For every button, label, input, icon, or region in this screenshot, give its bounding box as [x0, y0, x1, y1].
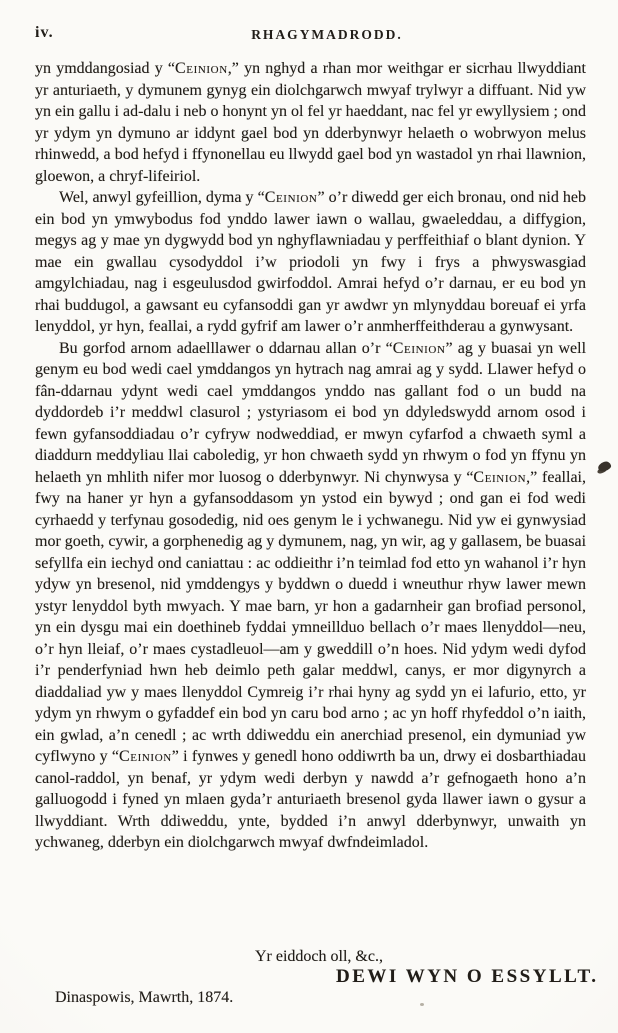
paragraph: yn ymddangosiad y “Ceinion,” yn nghyd a … [35, 58, 586, 187]
text-segment: yn ymddangosiad y “ [35, 60, 175, 77]
title-smallcaps: Ceinion [473, 469, 526, 486]
text-segment: Bu gorfod arnom adaelllawer o ddarnau al… [59, 340, 393, 357]
text-segment: ” ag y buasai yn well genym eu bod wedi … [35, 340, 586, 486]
title-smallcaps: Ceinion [175, 60, 228, 77]
text-segment: ,” yn nghyd a rhan mor weithgar er sicrh… [35, 60, 586, 185]
paragraph: Bu gorfod arnom adaelllawer o ddarnau al… [35, 338, 586, 854]
scan-speck-icon [420, 1003, 424, 1006]
title-smallcaps: Ceinion [119, 748, 172, 765]
title-smallcaps: Ceinion [393, 340, 446, 357]
running-title: RHAGYMADRODD. [18, 27, 618, 43]
scan-speck-icon [213, 367, 216, 370]
valediction: Yr eiddoch oll, &c., [255, 948, 383, 966]
signature: DEWI WYN O ESSYLLT. [336, 966, 599, 988]
book-page: iv. RHAGYMADRODD. yn ymddangosiad y “Cei… [0, 0, 618, 1033]
text-segment: Wel, anwyl gyfeillion, dyma y “ [59, 189, 265, 206]
ink-blot-icon [597, 460, 612, 473]
text-segment: ” o’r diwedd ger eich bronau, ond nid he… [35, 189, 586, 335]
body-text: yn ymddangosiad y “Ceinion,” yn nghyd a … [35, 58, 586, 854]
dateline: Dinaspowis, Mawrth, 1874. [55, 989, 233, 1007]
title-smallcaps: Ceinion [265, 189, 318, 206]
paragraph: Wel, anwyl gyfeillion, dyma y “Ceinion” … [35, 187, 586, 338]
text-segment: ,” feallai, fwy na haner yr hyn a gyfans… [35, 469, 586, 766]
